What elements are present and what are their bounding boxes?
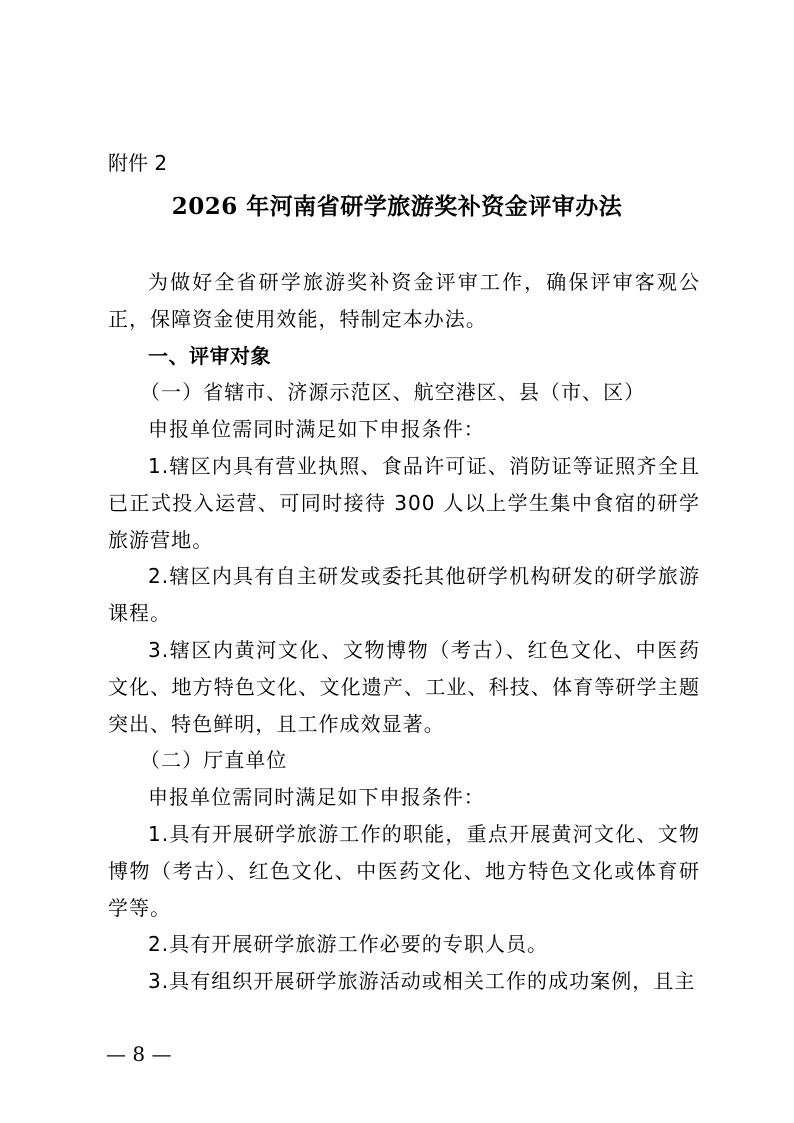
- attachment-label: 附件 2: [108, 150, 167, 176]
- document-title: 2026 年河南省研学旅游奖补资金评审办法: [0, 190, 794, 224]
- conditions-lead: 申报单位需同时满足如下申报条件：: [108, 411, 700, 448]
- subsection-heading: （一）省辖市、济源示范区、航空港区、县（市、区）: [108, 374, 700, 411]
- condition-item: 3.辖区内黄河文化、文物博物（考古）、红色文化、中医药文化、地方特色文化、文化遗…: [108, 632, 700, 742]
- condition-item: 1.辖区内具有营业执照、食品许可证、消防证等证照齐全且已正式投入运营、可同时接待…: [108, 448, 700, 558]
- condition-item: 2.具有开展研学旅游工作必要的专职人员。: [108, 926, 700, 963]
- condition-item: 1.具有开展研学旅游工作的职能，重点开展黄河文化、文物博物（考古）、红色文化、中…: [108, 816, 700, 926]
- condition-item: 2.辖区内具有自主研发或委托其他研学机构研发的研学旅游课程。: [108, 558, 700, 632]
- subsection-heading: （二）厅直单位: [108, 742, 700, 779]
- document-page: 附件 2 2026 年河南省研学旅游奖补资金评审办法 为做好全省研学旅游奖补资金…: [0, 0, 794, 1123]
- intro-paragraph: 为做好全省研学旅游奖补资金评审工作，确保评审客观公正，保障资金使用效能，特制定本…: [108, 264, 700, 338]
- document-body: 为做好全省研学旅游奖补资金评审工作，确保评审客观公正，保障资金使用效能，特制定本…: [108, 264, 700, 1000]
- section-heading: 一、评审对象: [108, 338, 700, 375]
- conditions-lead: 申报单位需同时满足如下申报条件：: [108, 779, 700, 816]
- page-number: — 8 —: [106, 1041, 171, 1067]
- condition-item: 3.具有组织开展研学旅游活动或相关工作的成功案例，且主: [108, 963, 700, 1000]
